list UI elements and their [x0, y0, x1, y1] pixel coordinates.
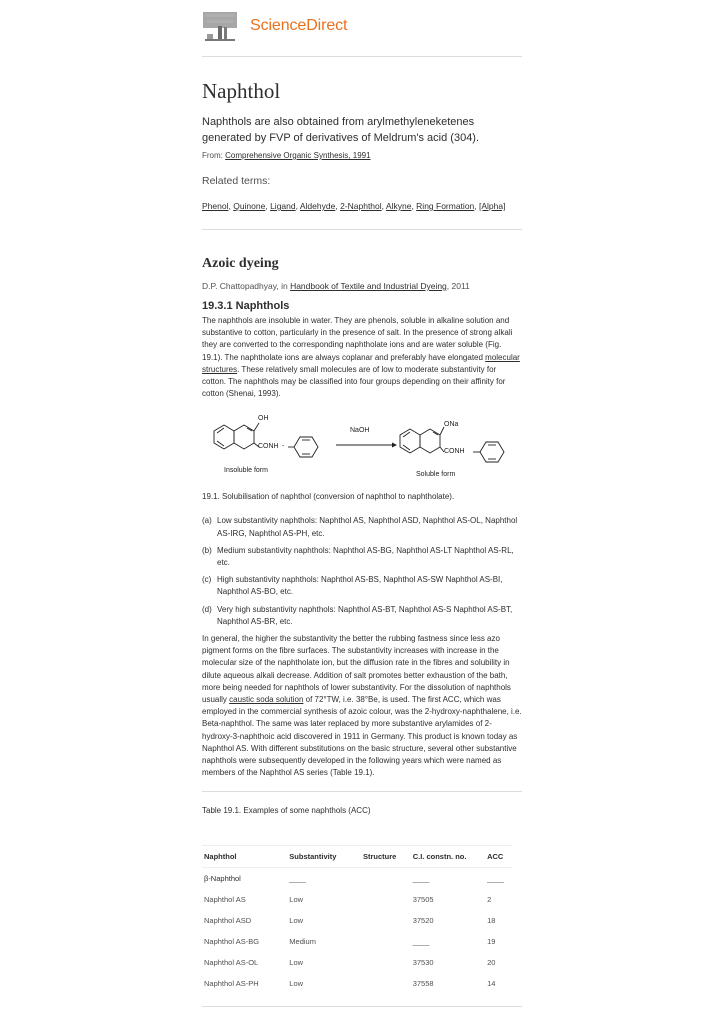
- from-label: From:: [202, 151, 223, 160]
- table-row: Naphthol AS-OLLow3753020: [202, 952, 512, 973]
- list-text: Medium substantivity naphthols: Naphthol…: [217, 545, 522, 569]
- table-cell: 2: [487, 889, 512, 910]
- definition-source: From: Comprehensive Organic Synthesis, 1…: [202, 151, 522, 160]
- table-cell: Low: [289, 910, 363, 931]
- list-marker: (a): [202, 515, 217, 539]
- related-term-link[interactable]: [Alpha]: [479, 201, 505, 211]
- figure-19-1: OH CONH - Insoluble form NaOH ONa CONH S…: [202, 409, 522, 487]
- related-term-link[interactable]: 2-Naphthol: [340, 201, 382, 211]
- section-divider: [202, 229, 522, 230]
- naphthol-reaction-diagram: [202, 409, 522, 487]
- column-header: Substantivity: [289, 846, 363, 868]
- insoluble-form-label: Insoluble form: [224, 467, 268, 474]
- figure-caption: 19.1. Solubilisation of naphthol (conver…: [202, 492, 522, 501]
- related-term-link[interactable]: Aldehyde: [300, 201, 335, 211]
- author: D.P. Chattopadhyay, in: [202, 281, 288, 291]
- table-cell: [363, 952, 413, 973]
- elsevier-tree-logo-icon[interactable]: [202, 10, 238, 44]
- table-caption: Table 19.1. Examples of some naphthols (…: [202, 806, 522, 815]
- table-cell: [363, 868, 413, 889]
- hydroxyl-group-label: OH: [258, 415, 269, 422]
- table-cell: Naphthol AS-BG: [202, 931, 289, 952]
- para-text: of 72°TW, i.e. 38°Be, is used. The first…: [202, 695, 522, 777]
- related-term-link[interactable]: Ring Formation: [416, 201, 474, 211]
- amide-label: CONH: [444, 448, 465, 455]
- chapter-byline: D.P. Chattopadhyay, in Handbook of Texti…: [202, 281, 522, 291]
- table-cell: Naphthol AS-OL: [202, 952, 289, 973]
- related-term-link[interactable]: Alkyne: [386, 201, 412, 211]
- header-divider: [202, 56, 522, 57]
- book-link[interactable]: Handbook of Textile and Industrial Dyein…: [290, 281, 447, 291]
- table-cell: [363, 973, 413, 994]
- column-header: ACC: [487, 846, 512, 868]
- list-item: (a)Low substantivity naphthols: Naphthol…: [202, 515, 522, 539]
- list-item: (b)Medium substantivity naphthols: Napht…: [202, 545, 522, 569]
- related-terms-heading: Related terms:: [202, 175, 522, 187]
- year: , 2011: [447, 281, 470, 291]
- list-text: Very high substantivity naphthols: Napht…: [217, 604, 522, 628]
- amide-label: CONH: [258, 443, 279, 450]
- soluble-form-label: Soluble form: [416, 471, 455, 478]
- page-title: Naphthol: [202, 79, 522, 104]
- table-row: Naphthol ASLow375052: [202, 889, 512, 910]
- column-header: C.I. constn. no.: [413, 846, 487, 868]
- table-cell: Low: [289, 973, 363, 994]
- table-cell: β-Naphthol: [202, 868, 289, 889]
- naphthols-table: Naphthol Substantivity Structure C.I. co…: [202, 845, 512, 994]
- table-cell: ____: [289, 868, 363, 889]
- para-text: . These relatively small molecules are o…: [202, 365, 505, 398]
- table-cell: 37530: [413, 952, 487, 973]
- related-terms-list: Phenol, Quinone, Ligand, Aldehyde, 2-Nap…: [202, 201, 522, 211]
- table-row: Naphthol AS-PHLow3755814: [202, 973, 512, 994]
- table-cell: ____: [413, 931, 487, 952]
- table-cell: Naphthol ASD: [202, 910, 289, 931]
- table-row: Naphthol AS-BGMedium____19: [202, 931, 512, 952]
- paragraph-1: The naphthols are insoluble in water. Th…: [202, 315, 522, 400]
- table-cell: Naphthol AS-PH: [202, 973, 289, 994]
- table-cell: 37520: [413, 910, 487, 931]
- para-text: In general, the higher the substantivity…: [202, 634, 511, 704]
- table-cell: ____: [413, 868, 487, 889]
- table-cell: Naphthol AS: [202, 889, 289, 910]
- paragraph-2: In general, the higher the substantivity…: [202, 633, 522, 779]
- naphthol-groups-list: (a)Low substantivity naphthols: Naphthol…: [202, 515, 522, 628]
- table-cell: [363, 931, 413, 952]
- related-term-link[interactable]: Quinone: [233, 201, 265, 211]
- table-cell: 18: [487, 910, 512, 931]
- reagent-label: NaOH: [350, 427, 369, 434]
- table-cell: ____: [487, 868, 512, 889]
- table-row: β-Naphthol____________: [202, 868, 512, 889]
- table-cell: 20: [487, 952, 512, 973]
- related-term-link[interactable]: Phenol: [202, 201, 228, 211]
- table-cell: 19: [487, 931, 512, 952]
- table-cell: 37505: [413, 889, 487, 910]
- list-text: Low substantivity naphthols: Naphthol AS…: [217, 515, 522, 539]
- table-row: Naphthol ASDLow3752018: [202, 910, 512, 931]
- page: ScienceDirect Naphthol Naphthols are als…: [202, 0, 522, 1007]
- sodium-oxide-label: ONa: [444, 421, 458, 428]
- source-link[interactable]: Comprehensive Organic Synthesis, 1991: [225, 151, 370, 160]
- table-bottom-divider: [202, 1006, 522, 1007]
- list-item: (c)High substantivity naphthols: Naphtho…: [202, 574, 522, 598]
- table-cell: [363, 910, 413, 931]
- table-cell: Medium: [289, 931, 363, 952]
- column-header: Naphthol: [202, 846, 289, 868]
- topic-definition: Naphthols are also obtained from arylmet…: [202, 114, 522, 146]
- column-header: Structure: [363, 846, 413, 868]
- list-item: (d)Very high substantivity naphthols: Na…: [202, 604, 522, 628]
- table-divider: [202, 791, 522, 792]
- para-text: The naphthols are insoluble in water. Th…: [202, 316, 512, 362]
- brand-name[interactable]: ScienceDirect: [250, 17, 347, 35]
- subsection-title: 19.3.1 Naphthols: [202, 300, 522, 312]
- table-cell: 14: [487, 973, 512, 994]
- list-marker: (c): [202, 574, 217, 598]
- section-title: Azoic dyeing: [202, 256, 522, 272]
- table-cell: Low: [289, 889, 363, 910]
- bond-dash: -: [282, 443, 284, 450]
- table-header-row: Naphthol Substantivity Structure C.I. co…: [202, 846, 512, 868]
- table-cell: Low: [289, 952, 363, 973]
- list-marker: (b): [202, 545, 217, 569]
- related-term-link[interactable]: Ligand: [270, 201, 296, 211]
- site-header: ScienceDirect: [202, 0, 522, 56]
- list-text: High substantivity naphthols: Naphthol A…: [217, 574, 522, 598]
- table-cell: [363, 889, 413, 910]
- caustic-soda-link[interactable]: caustic soda solution: [229, 695, 303, 704]
- table-cell: 37558: [413, 973, 487, 994]
- list-marker: (d): [202, 604, 217, 628]
